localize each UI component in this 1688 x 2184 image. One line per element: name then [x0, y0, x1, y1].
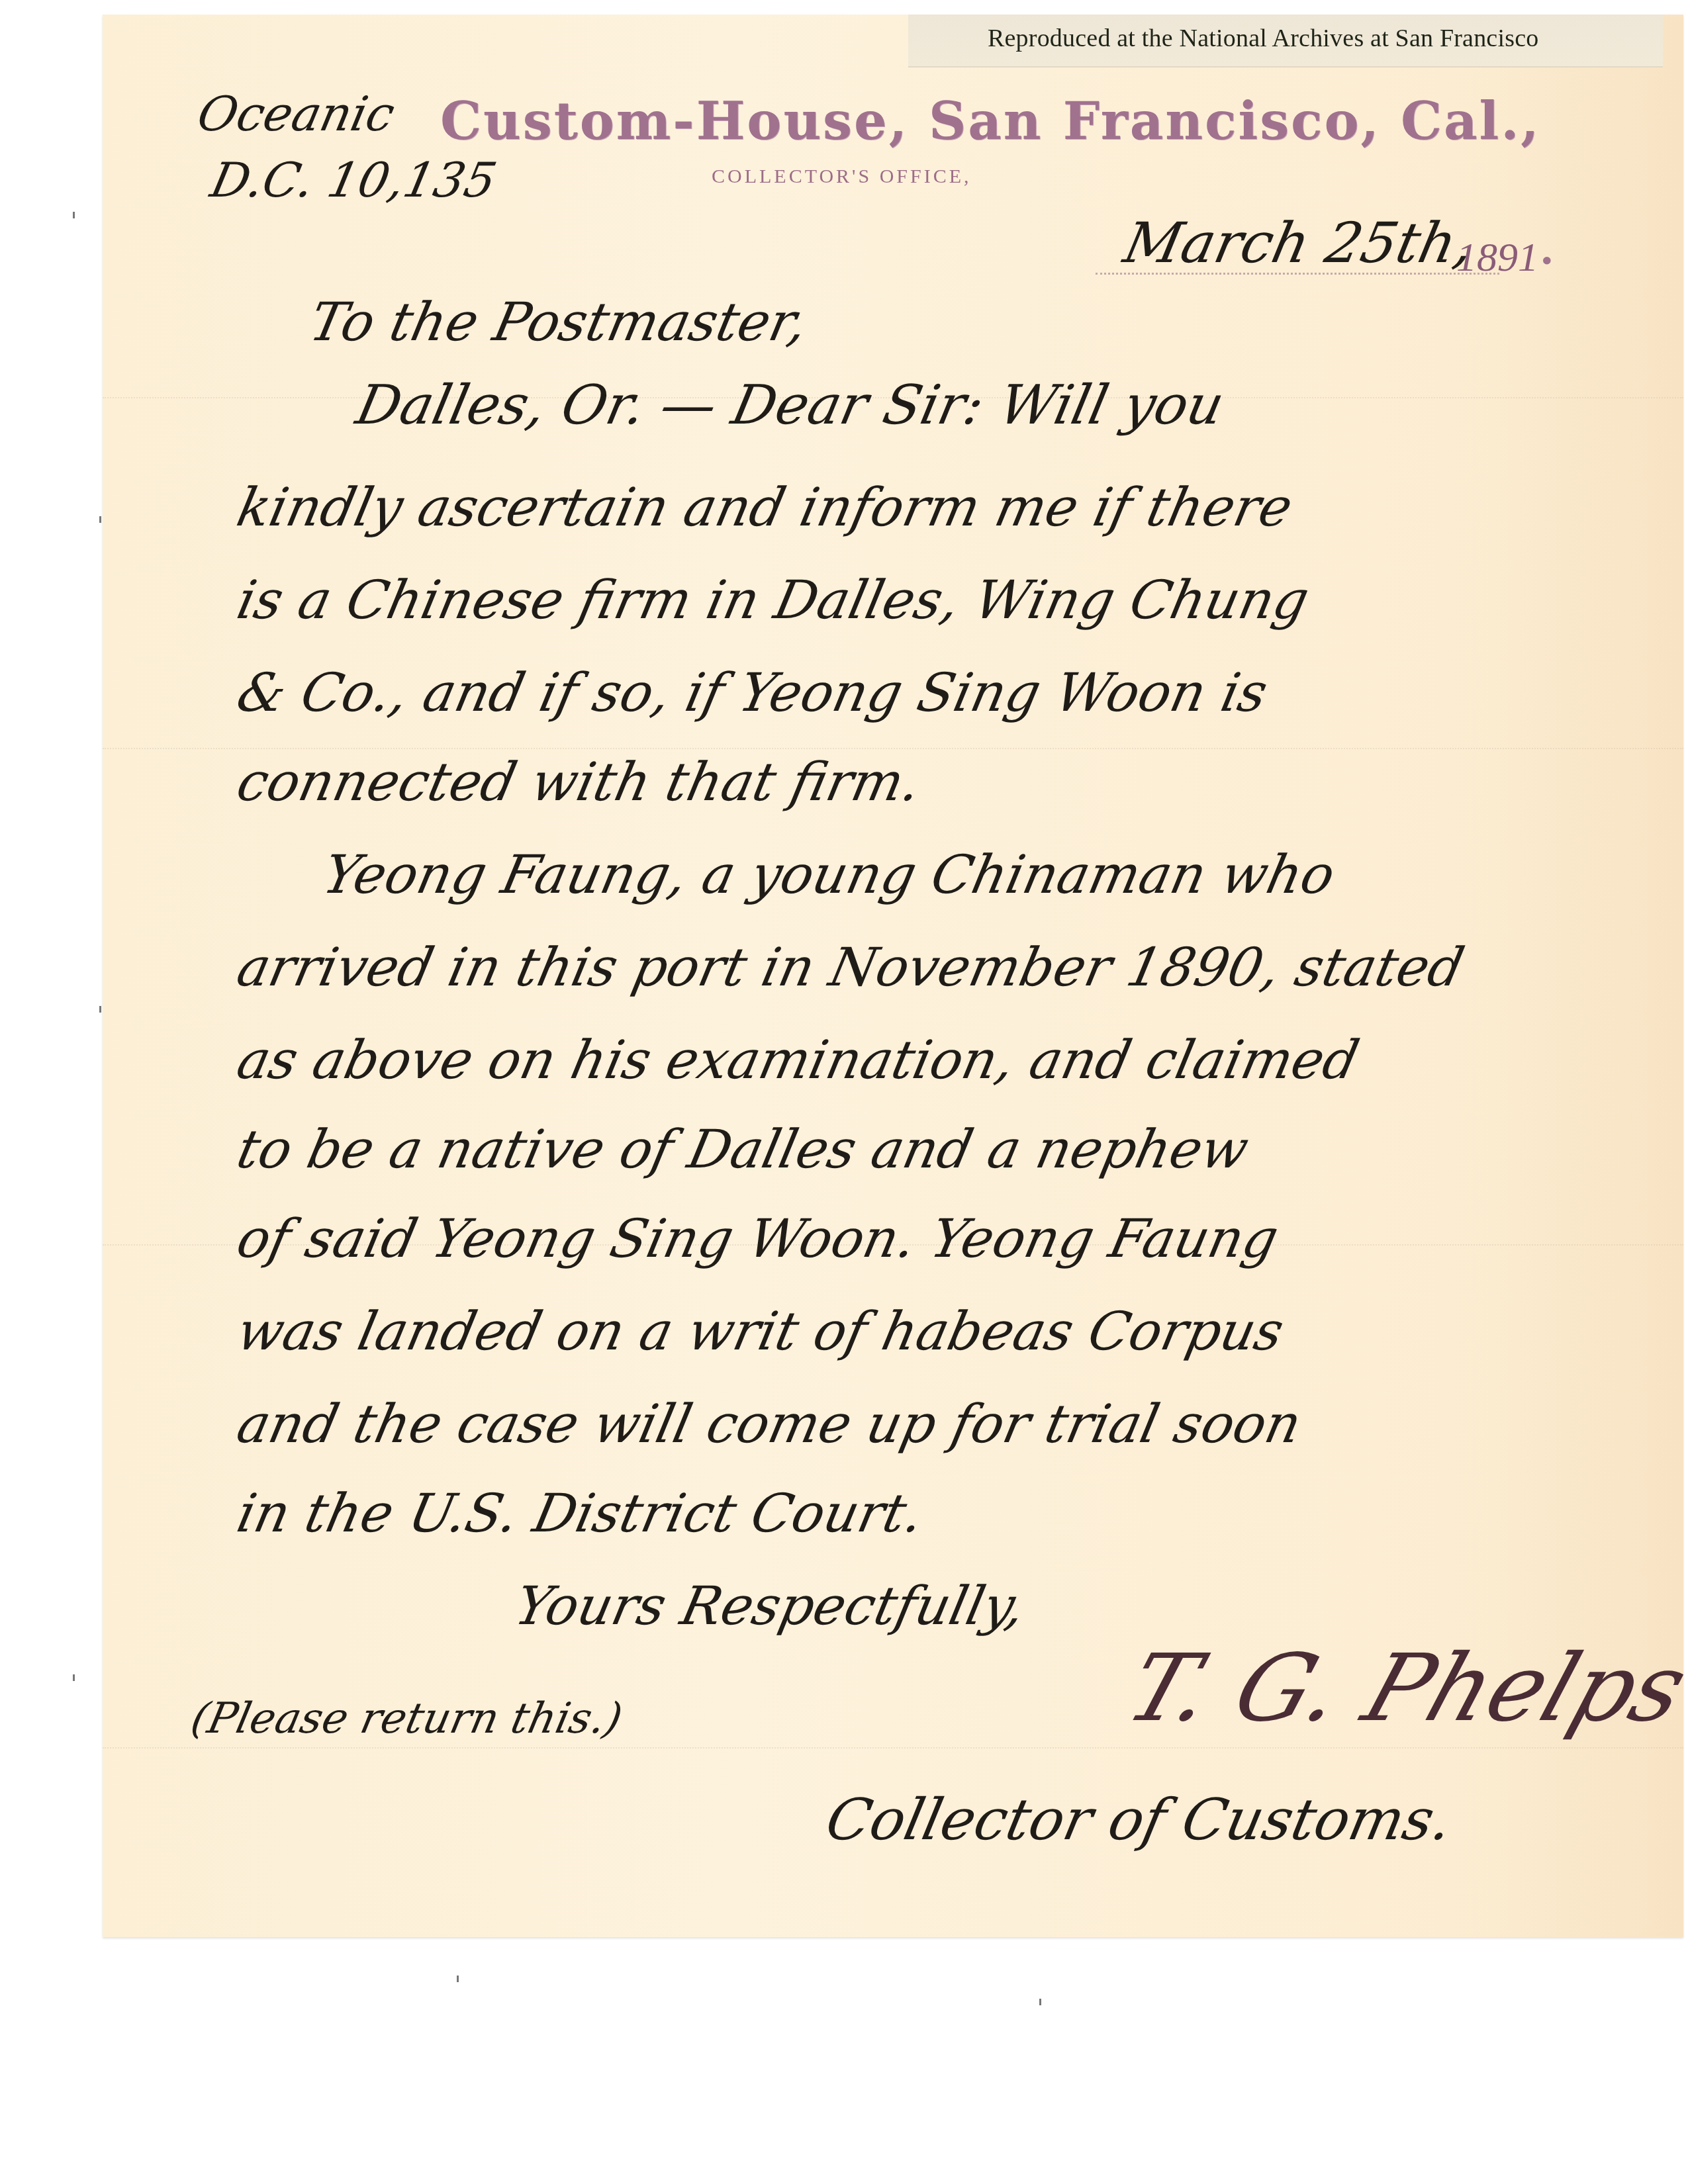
archive-label-text: Reproduced at the National Archives at S…	[988, 24, 1538, 53]
body-line: of said Yeong Sing Woon. Yeong Faung	[232, 1208, 1284, 1269]
body-line: connected with that firm.	[232, 751, 926, 813]
return-note: (Please return this.)	[187, 1694, 626, 1743]
scan-speck	[99, 516, 101, 523]
body-line: kindly ascertain and inform me if there	[232, 477, 1297, 538]
signatory-title: Collector of Customs.	[820, 1787, 1458, 1853]
body-line: in the U.S. District Court.	[232, 1482, 929, 1544]
ruled-line	[103, 748, 1683, 749]
valediction: Yours Respectfully,	[510, 1575, 1030, 1637]
ruled-line	[103, 1747, 1683, 1749]
body-line: was landed on a writ of habeas Corpus	[232, 1300, 1289, 1362]
scan-speck	[457, 1976, 459, 1982]
letterhead-subtitle: COLLECTOR'S OFFICE,	[712, 165, 972, 188]
body-line: is a Chinese firm in Dalles, Wing Chung	[232, 569, 1314, 631]
signature: T. G. Phelps	[1115, 1635, 1688, 1743]
scan-speck	[73, 212, 75, 218]
body-line: arrived in this port in November 1890, s…	[232, 936, 1470, 998]
scan-speck	[1039, 1999, 1041, 2005]
archive-label: Reproduced at the National Archives at S…	[908, 15, 1663, 68]
body-line: as above on his examination, and claimed	[232, 1029, 1364, 1091]
margin-note-ship: Oceanic	[193, 86, 399, 142]
body-line: and the case will come up for trial soon	[232, 1393, 1307, 1455]
salutation-addressee: To the Postmaster,	[305, 291, 813, 353]
date-period: •	[1539, 246, 1555, 277]
margin-note-case-number: D.C. 10,135	[206, 152, 501, 208]
letterhead-title: Custom-House, San Francisco, Cal.,	[440, 91, 1540, 152]
body-line: Yeong Faung, a young Chinaman who	[318, 844, 1340, 905]
scan-speck	[73, 1674, 75, 1681]
body-line: to be a native of Dalles and a nephew	[232, 1118, 1254, 1180]
salutation-greeting: Dalles, Or. — Dear Sir: Will you	[351, 374, 1229, 437]
date-handwritten: March 25th,	[1119, 210, 1480, 275]
date-year: 1891	[1456, 234, 1538, 281]
body-line: & Co., and if so, if Yeong Sing Woon is	[232, 662, 1273, 723]
scan-speck	[99, 1006, 101, 1013]
